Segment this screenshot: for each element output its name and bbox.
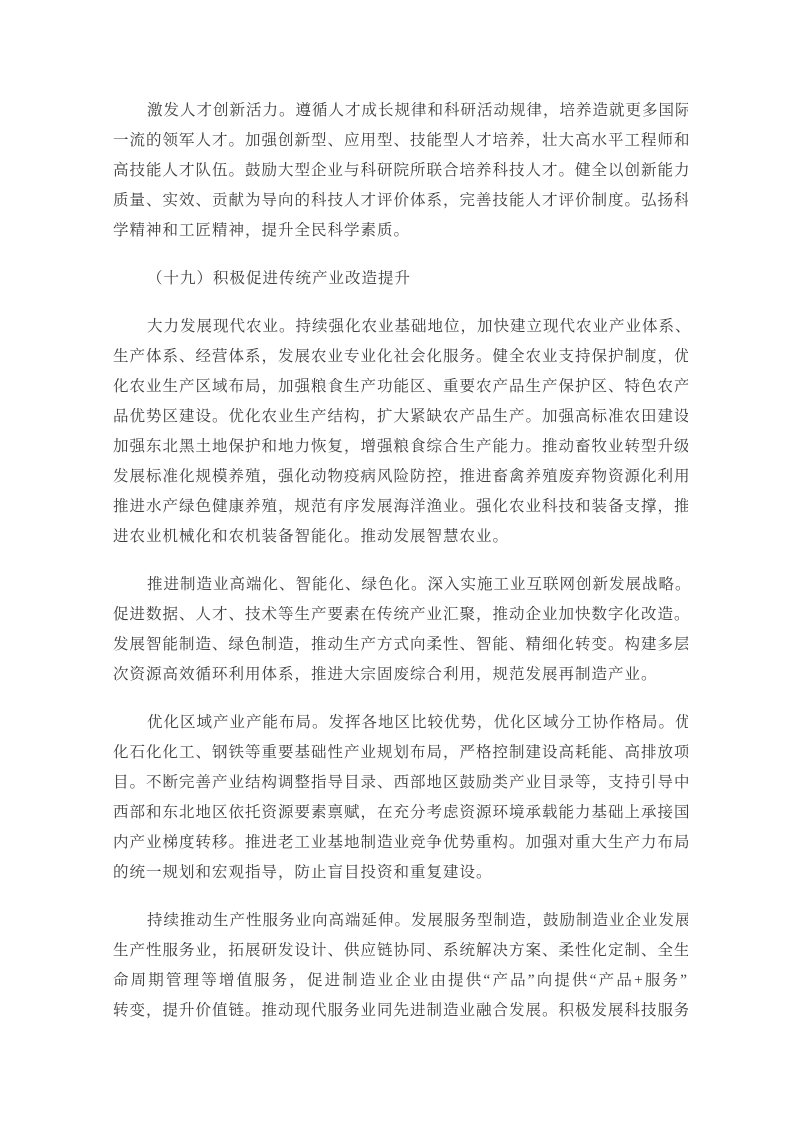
text-line: 一流的领军人才。加强创新型、应用型、技能型人才培养，壮大高水平工程师和: [113, 126, 688, 156]
text-line: 激发人才创新活力。遵循人才成长规律和科研活动规律，培养造就更多国际: [113, 96, 688, 126]
text-line: 发展标准化规模养殖，强化动物疫病风险防控，推进畜禽养殖废弃物资源化利用。: [113, 462, 688, 492]
text-line: 化石化化工、钢铁等重要基础性产业规划布局，严格控制建设高耗能、高排放项: [113, 738, 688, 768]
text-line: 质量、实效、贡献为导向的科技人才评价体系，完善技能人才评价制度。弘扬科: [113, 186, 688, 216]
text-line: 持续推动生产性服务业向高端延伸。发展服务型制造，鼓励制造业企业发展: [113, 906, 688, 936]
text-line: 次资源高效循环利用体系，推进大宗固废综合利用，规范发展再制造产业。: [113, 660, 688, 690]
text-line: 推进水产绿色健康养殖，规范有序发展海洋渔业。强化农业科技和装备支撑，推: [113, 492, 688, 522]
text-line: 的统一规划和宏观指导，防止盲目投资和重复建设。: [113, 858, 688, 888]
text-line: 加强东北黑土地保护和地力恢复，增强粮食综合生产能力。推动畜牧业转型升级，: [113, 432, 688, 462]
text-line: 转变，提升价值链。推动现代服务业同先进制造业融合发展。积极发展科技服务: [113, 996, 688, 1026]
document-page: 激发人才创新活力。遵循人才成长规律和科研活动规律，培养造就更多国际 一流的领军人…: [0, 0, 793, 1122]
text-line: 生产性服务业，拓展研发设计、供应链协同、系统解决方案、柔性化定制、全生: [113, 936, 688, 966]
text-line: 大力发展现代农业。持续强化农业基础地位，加快建立现代农业产业体系、: [113, 312, 688, 342]
body-paragraph: 持续推动生产性服务业向高端延伸。发展服务型制造，鼓励制造业企业发展 生产性服务业…: [113, 906, 688, 1026]
body-paragraph: 优化区域产业产能布局。发挥各地区比较优势，优化区域分工协作格局。优 化石化化工、…: [113, 708, 688, 888]
text-line: 促进数据、人才、技术等生产要素在传统产业汇聚，推动企业加快数字化改造。: [113, 600, 688, 630]
section-heading-text: （十九）积极促进传统产业改造提升: [113, 264, 688, 294]
text-line: 发展智能制造、绿色制造，推动生产方式向柔性、智能、精细化转变。构建多层: [113, 630, 688, 660]
text-line: 生产体系、经营体系，发展农业专业化社会化服务。健全农业支持保护制度，优: [113, 342, 688, 372]
text-line: 进农业机械化和农机装备智能化。推动发展智慧农业。: [113, 522, 688, 552]
body-paragraph: 大力发展现代农业。持续强化农业基础地位，加快建立现代农业产业体系、 生产体系、经…: [113, 312, 688, 552]
text-line: 优化区域产业产能布局。发挥各地区比较优势，优化区域分工协作格局。优: [113, 708, 688, 738]
text-line: 品优势区建设。优化农业生产结构，扩大紧缺农产品生产。加强高标准农田建设，: [113, 402, 688, 432]
text-line: 推进制造业高端化、智能化、绿色化。深入实施工业互联网创新发展战略。: [113, 570, 688, 600]
text-line: 内产业梯度转移。推进老工业基地制造业竞争优势重构。加强对重大生产力布局: [113, 828, 688, 858]
text-line: 命周期管理等增值服务，促进制造业企业由提供“产品”向提供“产品+服务”: [113, 966, 688, 996]
text-line: 学精神和工匠精神，提升全民科学素质。: [113, 216, 688, 246]
section-heading: （十九）积极促进传统产业改造提升: [113, 264, 688, 294]
text-line: 化农业生产区域布局，加强粮食生产功能区、重要农产品生产保护区、特色农产: [113, 372, 688, 402]
text-line: 目。不断完善产业结构调整指导目录、西部地区鼓励类产业目录等，支持引导中: [113, 768, 688, 798]
text-line: 西部和东北地区依托资源要素禀赋，在充分考虑资源环境承载能力基础上承接国: [113, 798, 688, 828]
body-paragraph: 激发人才创新活力。遵循人才成长规律和科研活动规律，培养造就更多国际 一流的领军人…: [113, 96, 688, 246]
body-paragraph: 推进制造业高端化、智能化、绿色化。深入实施工业互联网创新发展战略。 促进数据、人…: [113, 570, 688, 690]
text-line: 高技能人才队伍。鼓励大型企业与科研院所联合培养科技人才。健全以创新能力、: [113, 156, 688, 186]
